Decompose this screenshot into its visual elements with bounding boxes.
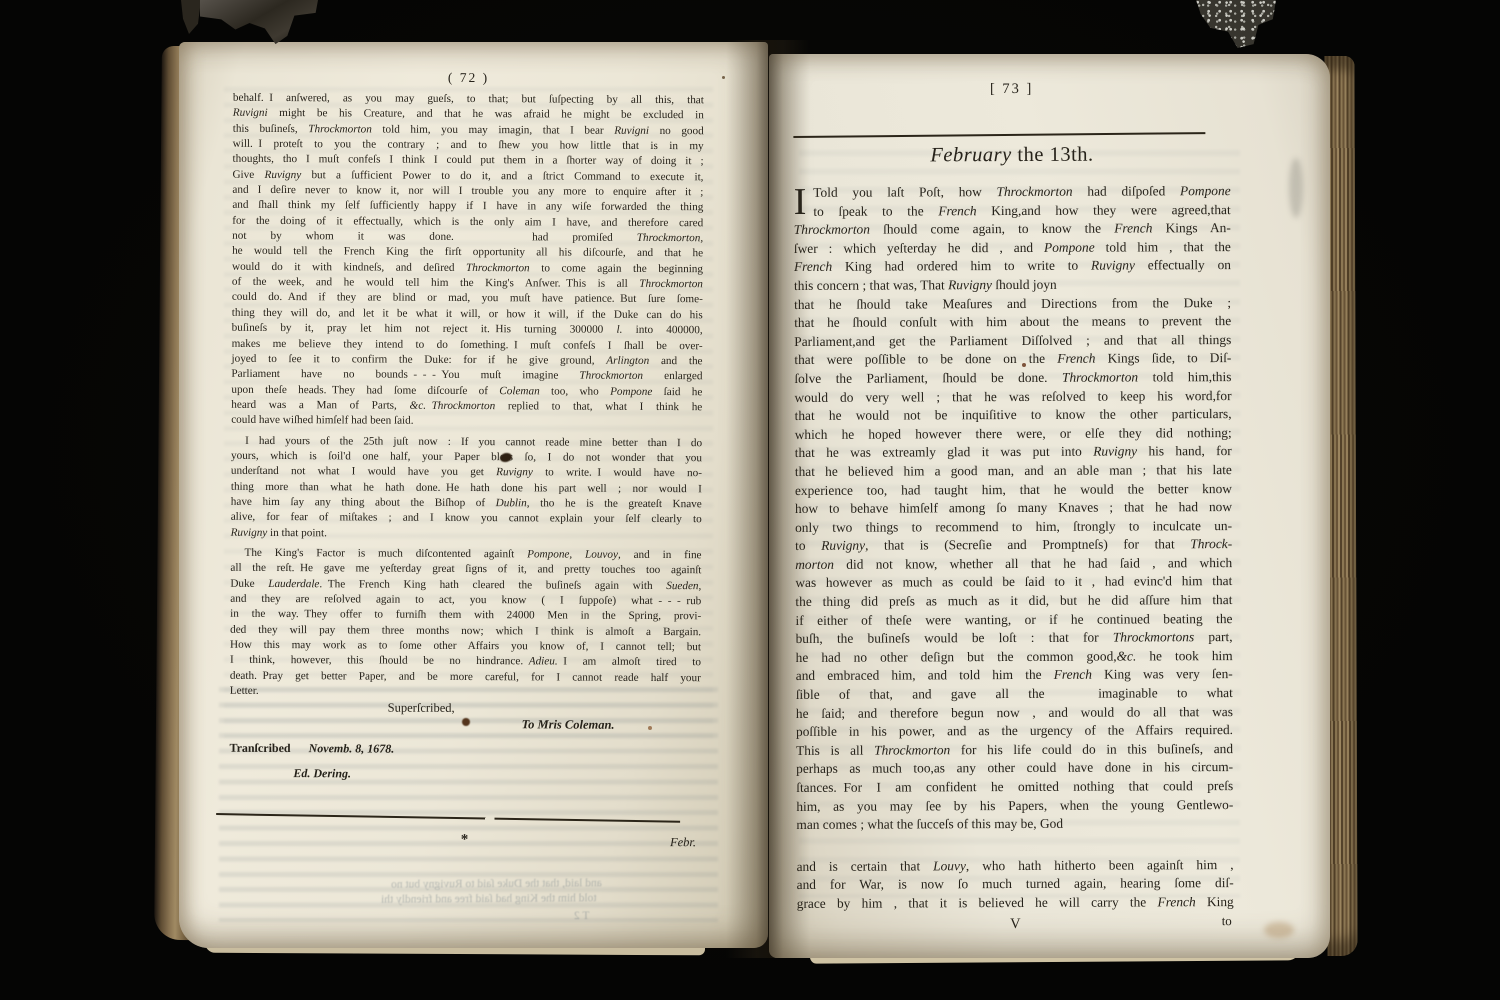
text-line: buſh, the buſineſs would be loſt : that … <box>796 628 1233 649</box>
text-line: Throckmorton ſhould come again, to know … <box>794 219 1231 240</box>
show-through-ghost-line: told him the King had ſaid free and frie… <box>381 892 597 906</box>
foxing-speck <box>1022 363 1026 367</box>
text-line: Parliament,and get the Parliament Diſſol… <box>794 331 1231 352</box>
gathering-signature-mark: V <box>1010 916 1021 932</box>
text-line: experience too, had taught him, that he … <box>795 480 1232 501</box>
text-line: and for War, is now ſo much turned again… <box>797 874 1234 895</box>
text-line: would do very well ; that he was reſolve… <box>794 387 1231 408</box>
text-line: that he believed him a good man, and an … <box>795 461 1232 482</box>
text-line: was however as much as could be ſaid to … <box>795 573 1232 594</box>
show-through-ghost-line: and laid, that the Duke ſaid to Ruvigny … <box>391 877 602 890</box>
show-through-signature-mark: T 2 <box>574 910 590 922</box>
right-page-number: [ 73 ] <box>793 79 1230 101</box>
drop-cap-initial: I <box>794 184 814 219</box>
text-line: perhaps as much too,as any other could h… <box>796 758 1233 779</box>
text-line: he ſaid; and therefore begun now , and w… <box>796 703 1233 724</box>
text-line: to Ruvigny, that is (Secreſie and Prompt… <box>795 535 1232 556</box>
footer-rule <box>216 813 680 823</box>
text-line: he had no other deſign but the common go… <box>796 647 1233 668</box>
text-line: Parliament have no bounds - - - You muſt… <box>231 367 702 385</box>
asterisk-mark: * <box>461 832 469 848</box>
right-text-block: [ 73 ] February the 13th. I Told you laſ… <box>793 79 1234 935</box>
text-line: Ruvigny in that point. <box>231 525 702 543</box>
text-line: this concern ; that was, That Ruvigny ſh… <box>794 275 1231 296</box>
text-line: man comes ; what the ſucceſs of this may… <box>796 814 1233 835</box>
photo-background: ( 72 ) behalf. I anſwered, as you may gu… <box>0 0 1500 1000</box>
transcribed-label: Tranſcribed <box>229 741 290 755</box>
bottom-marks-row: V to <box>797 914 1234 936</box>
right-paragraph-2: and is certain that Louvy, who hath hith… <box>797 856 1234 914</box>
text-line: how to behave himſelf among ſo many Knav… <box>795 498 1232 519</box>
text-line: if either of theſe were wanting, or if h… <box>795 610 1232 631</box>
text-line: only two things to recommend to him, ſtr… <box>795 517 1232 538</box>
date-heading: February the 13th. <box>793 145 1230 175</box>
left-page-number: ( 72 ) <box>233 69 704 89</box>
metal-clip-icon <box>181 0 201 34</box>
text-line: and is certain that Louvy, who hath hith… <box>797 856 1234 877</box>
text-line: him, as you may ſee by his Papers, when … <box>796 796 1233 817</box>
text-line: poſſible in his power, and as the urgenc… <box>796 721 1233 742</box>
left-text-block: ( 72 ) behalf. I anſwered, as you may gu… <box>229 69 704 853</box>
text-line: ſolve the Parliament, ſhould be done. Th… <box>794 368 1231 389</box>
text-line: French King had ordered him to write to … <box>794 256 1231 277</box>
left-paragraph-1: behalf. I anſwered, as you may gueſs, to… <box>231 91 704 431</box>
foxing-stain <box>1264 922 1294 938</box>
text-line: Told you laſt Poſt, how Throckmorton had… <box>794 182 1231 203</box>
text-line: This is all Throckmorton for his life co… <box>796 740 1233 761</box>
right-catchword: to <box>1222 912 1232 931</box>
text-line: that were poſſible to be done on the Fre… <box>794 349 1231 370</box>
text-line: grace by him , that it is believed he wi… <box>797 893 1234 914</box>
text-line: buſineſs by it, pray let him not reject … <box>232 321 703 339</box>
text-line: Letter. <box>230 684 701 702</box>
left-page: ( 72 ) behalf. I anſwered, as you may gu… <box>179 42 768 948</box>
text-line: death. Pray get better Paper, and be mor… <box>230 668 701 686</box>
text-line: morton did not know, whether all that he… <box>795 554 1232 575</box>
text-line: and embraced him, and told him the Frenc… <box>796 665 1233 686</box>
stain-spot <box>462 718 470 726</box>
text-line: ſwer : which yeſterday he did , and Pomp… <box>794 238 1231 259</box>
text-line: that he would not be inquiſitive to know… <box>795 405 1232 426</box>
text-line: could have wiſhed himſelf had been ſaid. <box>231 413 702 431</box>
edge-dust <box>1289 158 1303 218</box>
text-line: that he ſhould take Meaſures and Directi… <box>794 294 1231 315</box>
text-line: ſible of that, and gave all the imaginab… <box>796 684 1233 705</box>
text-line: that he ſhould conſult with him about th… <box>794 312 1231 333</box>
foxing-speck <box>648 726 652 730</box>
text-line: ſtances. For I am confident he omitted n… <box>796 777 1233 798</box>
transcriber-signature: Ed. Dering. <box>229 766 700 784</box>
metal-clip-icon <box>1196 0 1276 48</box>
text-line: to ſpeak to the French King,and how they… <box>794 201 1231 222</box>
right-paragraph-1: I Told you laſt Poſt, how Throckmorton h… <box>794 182 1234 835</box>
left-catchword: Febr. <box>670 835 696 850</box>
text-line: the thing did preſs as much as it did, b… <box>795 591 1232 612</box>
metal-clip-icon <box>200 0 318 46</box>
footer-symbols-row: * Febr. <box>229 832 700 852</box>
header-rule <box>793 132 1205 138</box>
foxing-speck <box>722 76 725 79</box>
left-paragraph-3: The King's Factor is much diſcontented a… <box>230 546 702 702</box>
text-line: which he hoped however there were, or el… <box>795 424 1232 445</box>
transcribed-date: Novemb. 8, 1678. <box>309 742 395 756</box>
right-page: [ 73 ] February the 13th. I Told you laſ… <box>769 54 1330 958</box>
left-paragraph-2: I had yours of the 25th juſt now : If yo… <box>231 433 703 543</box>
text-line: that he was extreamly glad it was put in… <box>795 442 1232 463</box>
transcription-note: TranſcribedNovemb. 8, 1678. <box>229 741 700 759</box>
